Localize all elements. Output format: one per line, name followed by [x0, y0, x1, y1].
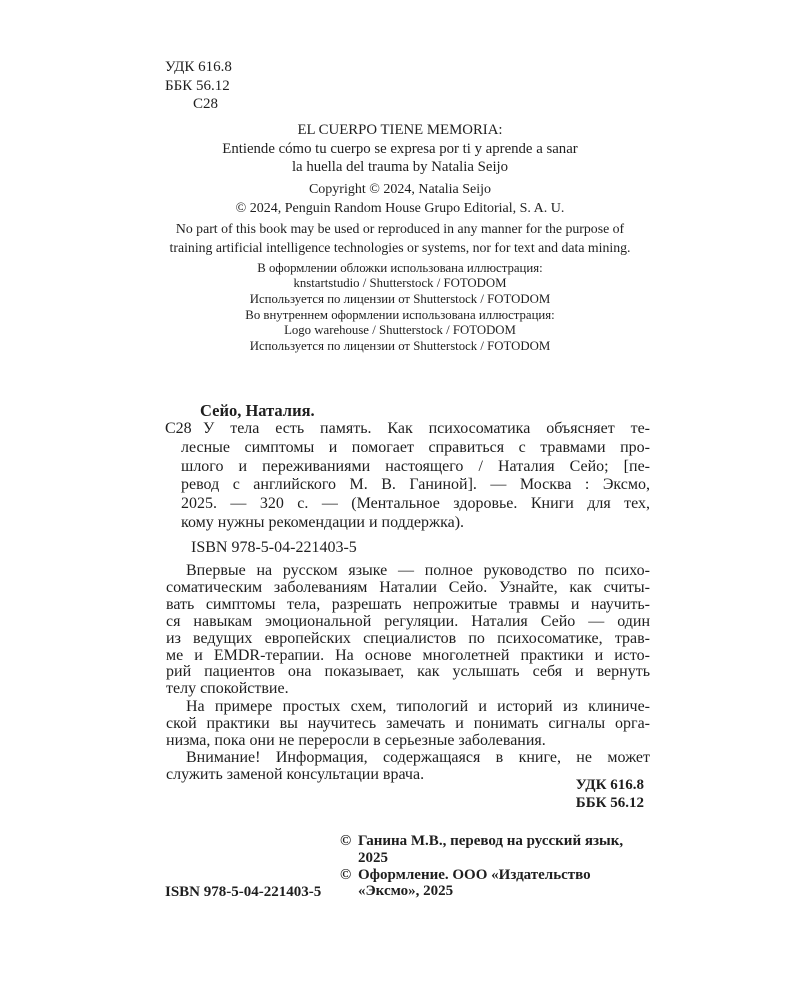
original-title-line3: la huella del trauma by Natalia Seijo [145, 158, 655, 177]
interior-credit-line3: Используется по лицензии от Shutterstock… [145, 339, 655, 354]
original-copyright-block: Copyright © 2024, Natalia Seijo © 2024, … [145, 180, 655, 219]
biblio-line: лесные симптомы и помогает справиться с … [181, 439, 650, 458]
annotation-line: низма, пока они не переросли в серьезные… [166, 733, 650, 750]
ai-notice-block: No part of this book may be used or repr… [145, 220, 655, 258]
cover-credit-line1: В оформлении обложки использована иллюст… [145, 261, 655, 276]
ai-notice-line2: training artificial intelligence technol… [145, 239, 655, 258]
annotation-line: На примере простых схем, типологий и ист… [166, 699, 650, 716]
copyright-line1: Copyright © 2024, Natalia Seijo [145, 180, 655, 199]
annotation-line: соматическим заболеваниям Наталии Сейо. … [166, 580, 650, 597]
interior-credit-line1: Во внутреннем оформлении использована ил… [145, 308, 655, 323]
biblio-line: 2025. — 320 с. — (Ментальное здоровье. К… [181, 495, 650, 514]
original-title-block: EL CUERPO TIENE MEMORIA: Entiende cómo t… [145, 121, 655, 177]
design-copyright-line1: Оформление. ООО «Издательство [358, 867, 652, 884]
cover-credit-line3: Используется по лицензии от Shutterstock… [145, 292, 655, 307]
annotation-line: ской практики вы научитесь замечать и по… [166, 716, 650, 733]
annotation-line: ме и EMDR-терапии. На основе многолетней… [166, 648, 650, 665]
translation-copyright-line2: 2025 [358, 850, 652, 867]
annotation-line: рий пациентов она показывает, как услыша… [166, 664, 650, 681]
ai-notice-line1: No part of this book may be used or repr… [145, 220, 655, 239]
author-sign-biblio: С28 [165, 420, 192, 439]
interior-credit-line2: Logo warehouse / Shutterstock / FOTODOM [145, 323, 655, 338]
annotation-paragraph-1: Впервые на русском языке — полное руково… [166, 563, 650, 698]
bbk-code-top: ББК 56.12 [165, 77, 232, 96]
book-imprint-page: УДК 616.8 ББК 56.12 С28 EL CUERPO TIENE … [0, 0, 800, 1000]
isbn-biblio: ISBN 978-5-04-221403-5 [191, 539, 357, 557]
biblio-line: шлого и переживаниями настоящего / Натал… [181, 458, 650, 477]
biblio-line: ревод с английского М. В. Ганиной]. — Мо… [181, 476, 650, 495]
udk-code-top: УДК 616.8 [165, 58, 232, 77]
original-title-line2: Entiende cómo tu cuerpo se expresa por t… [145, 140, 655, 159]
interior-credit-block: Во внутреннем оформлении использована ил… [145, 308, 655, 354]
original-title-line1: EL CUERPO TIENE MEMORIA: [145, 121, 655, 140]
biblio-line: У тела есть память. Как психосоматика об… [181, 420, 650, 439]
footer-credits-block: © Ганина М.В., перевод на русский язык, … [340, 833, 652, 900]
design-copyright: © Оформление. ООО «Издательство «Эксмо»,… [340, 867, 652, 901]
annotation-line: телу спокойствие. [166, 681, 650, 698]
bbk-code-footer: ББК 56.12 [444, 795, 644, 813]
translation-copyright: © Ганина М.В., перевод на русский язык, … [340, 833, 652, 867]
copyright-symbol: © [340, 867, 351, 884]
author-sign-top: С28 [193, 95, 232, 114]
biblio-record: С28 У тела есть память. Как психосоматик… [181, 420, 650, 533]
annotation-line: из ведущих европейских специалистов по п… [166, 631, 650, 648]
annotation-line: ся навыкам эмоциональной регуляции. Ната… [166, 614, 650, 631]
annotation-line: вать симптомы тела, разрешать непрожитые… [166, 597, 650, 614]
cover-credit-block: В оформлении обложки использована иллюст… [145, 261, 655, 307]
cover-credit-line2: knstartstudio / Shutterstock / FOTODOM [145, 276, 655, 291]
udk-code-footer: УДК 616.8 [444, 777, 644, 795]
design-copyright-line2: «Эксмо», 2025 [358, 883, 652, 900]
copyright-line2: © 2024, Penguin Random House Grupo Edito… [145, 199, 655, 218]
annotation-line: Внимание! Информация, содержащаяся в кни… [166, 750, 650, 767]
top-classification-block: УДК 616.8 ББК 56.12 С28 [165, 58, 232, 114]
footer-classification-block: УДК 616.8 ББК 56.12 [444, 777, 644, 812]
biblio-line: кому нужны рекомендации и поддержка). [181, 514, 650, 533]
annotation-paragraph-2: На примере простых схем, типологий и ист… [166, 699, 650, 750]
translation-copyright-line1: Ганина М.В., перевод на русский язык, [358, 833, 652, 850]
biblio-author-heading: Сейо, Наталия. [200, 401, 315, 421]
isbn-footer: ISBN 978-5-04-221403-5 [165, 884, 321, 901]
copyright-symbol: © [340, 833, 351, 850]
annotation-line: Впервые на русском языке — полное руково… [166, 563, 650, 580]
